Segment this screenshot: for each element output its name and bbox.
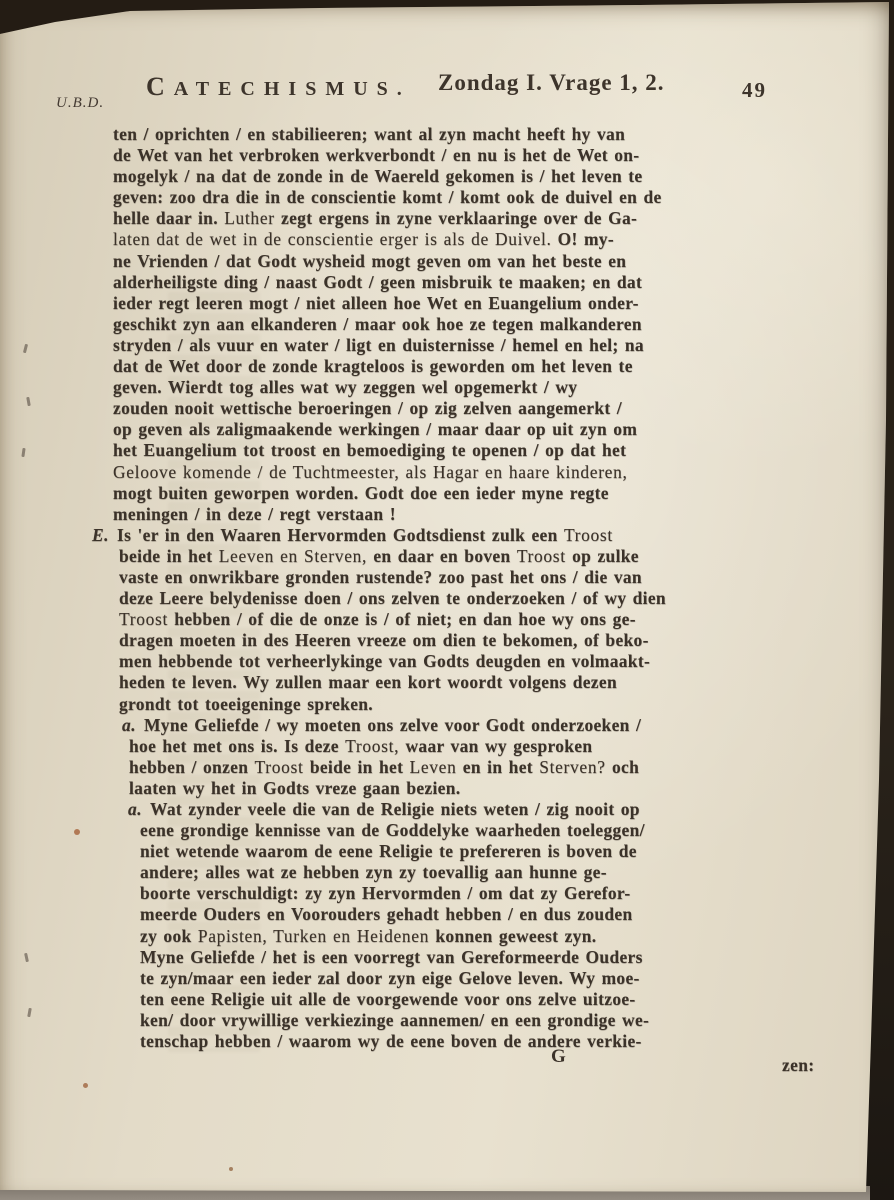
text-segment: meningen / in deze / regt verstaan ! (113, 504, 396, 524)
text-line: meerde Ouders en Voorouders gehadt hebbe… (140, 904, 894, 925)
text-segment: konnen geweest zyn. (429, 926, 596, 946)
paper-page: U.B.D. CATECHISMUS. Zondag I. Vrage 1, 2… (0, 0, 894, 1200)
text-segment: Leeven en Sterven, (219, 546, 367, 566)
text-line: tenschap hebben / waarom wy de eene bove… (140, 1031, 894, 1052)
text-segment: geschikt zyn aan elkanderen / maar ook h… (113, 314, 642, 334)
text-segment: en in het (456, 757, 539, 777)
text-segment: beide in het (304, 757, 410, 777)
text-segment: Wat zynder veele die van de Religie niet… (150, 799, 640, 819)
text-segment: Luther (224, 208, 275, 228)
text-line: dat de Wet door de zonde kragteloos is g… (113, 356, 894, 377)
text-segment: hebben / onzen (129, 757, 255, 777)
text-segment: deze Leere belydenisse doen / ons zelven… (119, 588, 666, 608)
text-segment: heden te leven. Wy zullen maar een kort … (119, 672, 617, 692)
text-line: geschikt zyn aan elkanderen / maar ook h… (113, 314, 894, 335)
text-line: ten eene Religie uit alle de voorgewende… (140, 989, 894, 1010)
text-line: ieder regt leeren mogt / niet alleen hoe… (113, 293, 894, 314)
text-segment: laten dat de wet in de conscientie erger… (113, 229, 558, 249)
text-line: Troost hebben / of die de onze is / of n… (119, 609, 894, 630)
text-line: dragen moeten in des Heeren vreeze om di… (119, 630, 894, 651)
text-line: E.Is 'er in den Waaren Hervormden Godtsd… (92, 525, 894, 546)
paragraph-marker: a. (122, 715, 136, 735)
paper-speck (83, 1083, 88, 1088)
text-line: mogelyk / na dat de zonde in de Waereld … (113, 166, 894, 187)
text-line: te zyn/maar een ieder zal door zyn eige … (140, 968, 894, 989)
text-segment: dat de Wet door de zonde kragteloos is g… (113, 356, 633, 376)
text-segment: zouden nooit wettische beroeringen / op … (113, 398, 622, 418)
text-line: andere; alles wat ze hebben zyn zy toeva… (140, 862, 894, 883)
text-segment: niet wetende waarom de eene Religie te p… (140, 841, 637, 861)
text-segment: Troost (564, 525, 613, 545)
section-heading: Zondag I. Vrage 1, 2. (438, 70, 665, 96)
text-line: a.Wat zynder veele die van de Religie ni… (128, 799, 894, 820)
text-segment: boorte verschuldigt: zy zyn Hervormden /… (140, 883, 630, 903)
text-segment: alderheiligste ding / naast Godt / geen … (113, 272, 642, 292)
text-line: grondt tot toeeigeninge spreken. (119, 694, 894, 715)
text-segment: op geven als zaligmaakende werkingen / m… (113, 419, 637, 439)
text-line: hebben / onzen Troost beide in het Leven… (129, 757, 894, 778)
text-segment: ten / oprichten / en stabilieeren; want … (113, 124, 625, 144)
text-segment: ken/ door vrywillige verkiezinge aanneme… (140, 1010, 649, 1030)
text-segment: geven: zoo dra die in de conscientie kom… (113, 187, 662, 207)
text-segment: eene grondige kennisse van de Goddelyke … (140, 820, 645, 840)
text-segment: helle daar in. (113, 208, 224, 228)
paragraph-marker: E. (92, 525, 109, 545)
text-segment: en daar en boven (367, 546, 517, 566)
text-segment: stryden / als vuur en water / ligt en du… (113, 335, 644, 355)
text-line: men hebbende tot verheerlykinge van Godt… (119, 651, 894, 672)
text-line: geven. Wierdt tog alles wat wy zeggen we… (113, 377, 894, 398)
margin-note: U.B.D. (56, 95, 104, 112)
text-line: heden te leven. Wy zullen maar een kort … (119, 672, 894, 693)
text-line: niet wetende waarom de eene Religie te p… (140, 841, 894, 862)
text-segment: Troost (517, 546, 566, 566)
catchword: zen: (782, 1055, 815, 1076)
text-segment: waar van wy gesproken (399, 736, 592, 756)
text-segment: grondt tot toeeigeninge spreken. (119, 694, 373, 714)
text-line: meningen / in deze / regt verstaan ! (113, 504, 894, 525)
paper-speck (229, 1167, 233, 1171)
text-line: geven: zoo dra die in de conscientie kom… (113, 187, 894, 208)
text-line: boorte verschuldigt: zy zyn Hervormden /… (140, 883, 894, 904)
body-text: ten / oprichten / en stabilieeren; want … (0, 124, 894, 1052)
text-line: ne Vrienden / dat Godt wysheid mogt geve… (113, 251, 894, 272)
text-line: laaten wy het in Godts vreze gaan bezien… (129, 778, 894, 799)
running-title: CATECHISMUS. (146, 72, 411, 102)
text-segment: Myne Geliefde / het is een voorregt van … (140, 947, 643, 967)
text-segment: hoe het met ons is. Is deze (129, 736, 345, 756)
text-segment: mogelyk / na dat de zonde in de Waereld … (113, 166, 643, 186)
text-line: zouden nooit wettische beroeringen / op … (113, 398, 894, 419)
text-segment: Myne Geliefde / wy moeten ons zelve voor… (144, 715, 641, 735)
text-segment: ieder regt leeren mogt / niet alleen hoe… (113, 293, 639, 313)
text-line: eene grondige kennisse van de Goddelyke … (140, 820, 894, 841)
text-line: beide in het Leeven en Sterven, en daar … (119, 546, 894, 567)
text-segment: Troost, (345, 736, 399, 756)
page-number: 49 (742, 78, 767, 103)
text-segment: Is 'er in den Waaren Hervormden Godtsdie… (117, 525, 564, 545)
text-segment: zegt ergens in zyne verklaaringe over de… (275, 208, 637, 228)
text-segment: ne Vrienden / dat Godt wysheid mogt geve… (113, 251, 626, 271)
signature-mark: G (551, 1046, 566, 1068)
text-segment: Leven (410, 757, 457, 777)
text-line: zy ook Papisten, Turken en Heidenen konn… (140, 926, 894, 947)
text-segment: het Euangelium tot troost en bemoediging… (113, 440, 626, 460)
text-segment: Geloove komende / de Tuchtmeester, als H… (113, 462, 628, 482)
text-segment: Sterven? (539, 757, 605, 777)
text-segment: laaten wy het in Godts vreze gaan bezien… (129, 778, 460, 798)
text-segment: de Wet van het verbroken werkverbondt / … (113, 145, 639, 165)
text-line: het Euangelium tot troost en bemoediging… (113, 440, 894, 461)
text-line: hoe het met ons is. Is deze Troost, waar… (129, 736, 894, 757)
text-line: deze Leere belydenisse doen / ons zelven… (119, 588, 894, 609)
text-line: Myne Geliefde / het is een voorregt van … (140, 947, 894, 968)
text-segment: O! my- (558, 229, 614, 249)
text-segment: andere; alles wat ze hebben zyn zy toeva… (140, 862, 607, 882)
text-line: de Wet van het verbroken werkverbondt / … (113, 145, 894, 166)
text-segment: Papisten, Turken en Heidenen (198, 926, 429, 946)
paragraph-marker: a. (128, 799, 142, 819)
text-segment: dragen moeten in des Heeren vreeze om di… (119, 630, 649, 650)
text-line: stryden / als vuur en water / ligt en du… (113, 335, 894, 356)
text-line: Geloove komende / de Tuchtmeester, als H… (113, 462, 894, 483)
text-segment: vaste en onwrikbare gronden rustende? zo… (119, 567, 642, 587)
text-segment: geven. Wierdt tog alles wat wy zeggen we… (113, 377, 577, 397)
book-page-photo: U.B.D. CATECHISMUS. Zondag I. Vrage 1, 2… (0, 0, 894, 1200)
text-line: a.Myne Geliefde / wy moeten ons zelve vo… (122, 715, 894, 736)
text-segment: ten eene Religie uit alle de voorgewende… (140, 989, 636, 1009)
text-line: alderheiligste ding / naast Godt / geen … (113, 272, 894, 293)
text-segment: men hebbende tot verheerlykinge van Godt… (119, 651, 650, 671)
text-segment: och (606, 757, 639, 777)
text-line: op geven als zaligmaakende werkingen / m… (113, 419, 894, 440)
text-segment: tenschap hebben / waarom wy de eene bove… (140, 1031, 642, 1051)
text-segment: Troost (255, 757, 304, 777)
text-line: ken/ door vrywillige verkiezinge aanneme… (140, 1010, 894, 1031)
text-segment: meerde Ouders en Voorouders gehadt hebbe… (140, 904, 633, 924)
text-segment: te zyn/maar een ieder zal door zyn eige … (140, 968, 640, 988)
text-line: ten / oprichten / en stabilieeren; want … (113, 124, 894, 145)
text-segment: beide in het (119, 546, 219, 566)
text-line: vaste en onwrikbare gronden rustende? zo… (119, 567, 894, 588)
text-segment: hebben / of die de onze is / of niet; en… (168, 609, 636, 629)
text-line: helle daar in. Luther zegt ergens in zyn… (113, 208, 894, 229)
text-line: laten dat de wet in de conscientie erger… (113, 229, 894, 250)
text-segment: Troost (119, 609, 168, 629)
text-segment: op zulke (566, 546, 639, 566)
text-segment: mogt buiten geworpen worden. Godt doe ee… (113, 483, 609, 503)
text-line: mogt buiten geworpen worden. Godt doe ee… (113, 483, 894, 504)
text-segment: zy ook (140, 926, 198, 946)
